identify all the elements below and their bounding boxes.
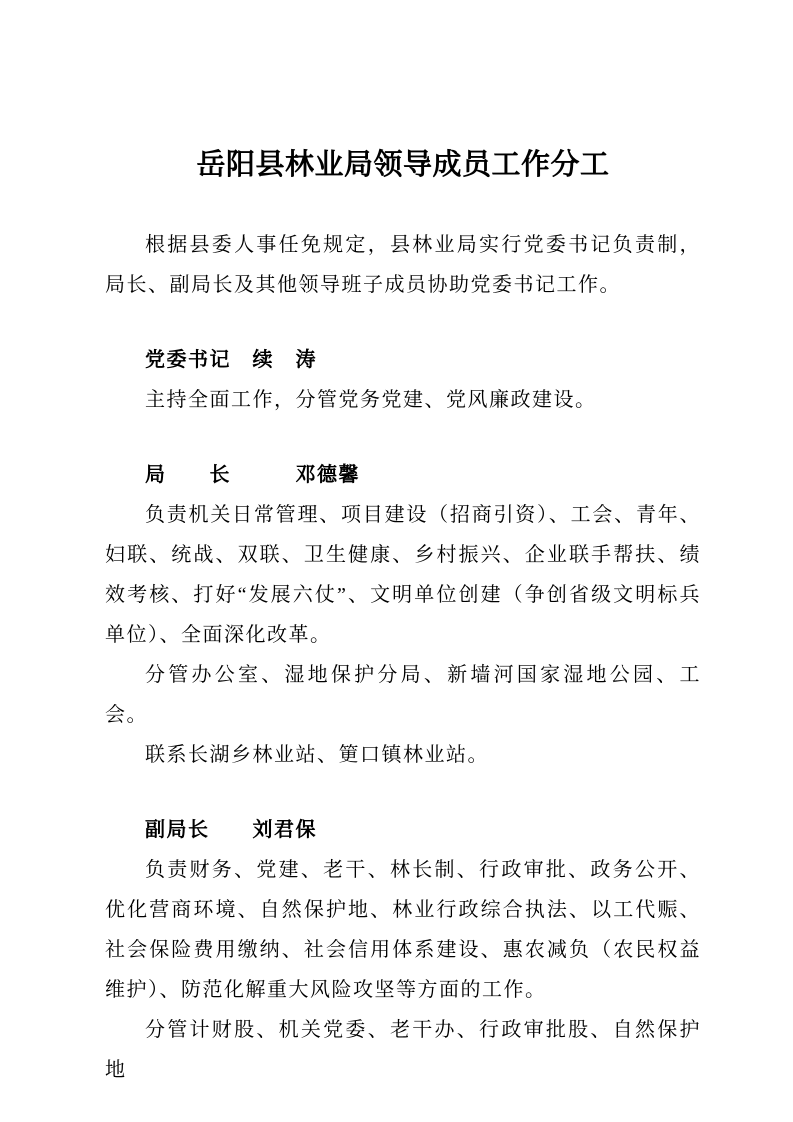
section-heading-party-secretary: 党委书记 续 涛 (105, 340, 701, 380)
section-paragraph-duties: 负责机关日常管理、项目建设（招商引资）、工会、青年、妇联、统战、双联、卫生健康、… (105, 495, 701, 655)
section-deputy-director: 副局长 刘君保 负责财务、党建、老干、林长制、行政审批、政务公开、优化营商环境、… (105, 810, 701, 1090)
section-paragraph-duties: 负责财务、党建、老干、林长制、行政审批、政务公开、优化营商环境、自然保护地、林业… (105, 850, 701, 1010)
section-heading-director: 局 长 邓德馨 (105, 455, 701, 495)
section-director: 局 长 邓德馨 负责机关日常管理、项目建设（招商引资）、工会、青年、妇联、统战、… (105, 455, 701, 775)
intro-paragraph: 根据县委人事任免规定，县林业局实行党委书记负责制，局长、副局长及其他领导班子成员… (105, 225, 701, 305)
section-party-secretary: 党委书记 续 涛 主持全面工作，分管党务党建、党风廉政建设。 (105, 340, 701, 420)
document-title: 岳阳县林业局领导成员工作分工 (105, 145, 701, 185)
section-paragraph-departments: 分管办公室、湿地保护分局、新墙河国家湿地公园、工会。 (105, 655, 701, 735)
section-paragraph-departments: 分管计财股、机关党委、老干办、行政审批股、自然保护地 (105, 1010, 701, 1090)
section-paragraph-duties: 主持全面工作，分管党务党建、党风廉政建设。 (105, 380, 701, 420)
section-heading-deputy-director: 副局长 刘君保 (105, 810, 701, 850)
document-content: 岳阳县林业局领导成员工作分工 根据县委人事任免规定，县林业局实行党委书记负责制，… (105, 145, 701, 1090)
section-paragraph-stations: 联系长湖乡林业站、筻口镇林业站。 (105, 735, 701, 775)
document-page: 岳阳县林业局领导成员工作分工 根据县委人事任免规定，县林业局实行党委书记负责制，… (0, 0, 793, 1122)
